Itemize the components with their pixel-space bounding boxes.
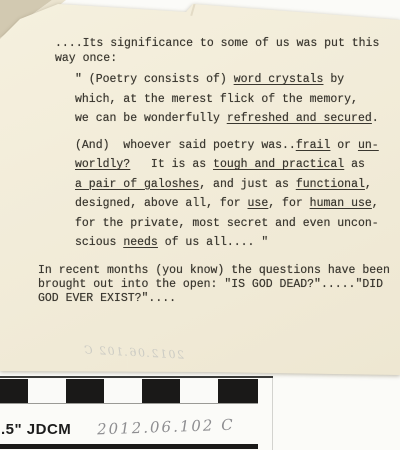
typed-line: way once: (55, 51, 379, 66)
text: by (323, 73, 344, 86)
text: In recent months (you know) the question… (38, 264, 390, 277)
typed-line: designed, above all, for use, for human … (75, 194, 379, 214)
underlined-text: needs (123, 236, 158, 249)
typed-line: (And) whoever said poetry was..frail or … (75, 136, 379, 156)
text: It is as (130, 158, 213, 171)
text: way once: (55, 52, 117, 65)
underlined-text: word crystals (234, 73, 324, 86)
underlined-text: use (248, 197, 269, 210)
text: we can be wonderfully (75, 112, 227, 125)
text: brought out into the open: "IS GOD DEAD?… (38, 278, 383, 291)
typed-line: GOD EVER EXIST?".... (38, 292, 390, 306)
typed-line: " (Poetry consists of) word crystals by (75, 70, 379, 90)
text: , (365, 178, 372, 191)
underlined-text: worldly? (75, 158, 130, 171)
text: for the private, most secret and even un… (75, 217, 379, 230)
typed-text: ....Its significance to some of us was p… (0, 0, 400, 375)
text: GOD EVER EXIST?".... (38, 292, 176, 305)
typed-line: a pair of galoshes, and just as function… (75, 175, 379, 195)
typed-line: brought out into the open: "IS GOD DEAD?… (38, 278, 390, 292)
scale-card-edge (272, 377, 273, 450)
underlined-text: frail (296, 139, 331, 152)
typed-line: In recent months (you know) the question… (38, 264, 390, 278)
text: as (344, 158, 365, 171)
underlined-text: functional (296, 178, 365, 191)
underlined-text: refreshed and secured (227, 112, 372, 125)
scale-card-bottom-rule (0, 444, 258, 449)
typed-section-closing: In recent months (you know) the question… (38, 264, 390, 305)
scale-bar-baseline (0, 403, 258, 404)
text: " (Poetry consists of) (75, 73, 234, 86)
text: designed, above all, for (75, 197, 248, 210)
underlined-text: a pair of galoshes (75, 178, 199, 191)
text: scious (75, 236, 123, 249)
text: of us all.... " (158, 236, 268, 249)
underlined-text: human use (310, 197, 372, 210)
text: which, at the merest flick of the memory… (75, 93, 358, 106)
text: , for (268, 197, 309, 210)
underlined-text: un- (358, 139, 379, 152)
scale-bar (0, 379, 258, 403)
typed-line: we can be wonderfully refreshed and secu… (75, 109, 379, 129)
typed-line: which, at the merest flick of the memory… (75, 90, 379, 110)
scale-card-top-rule (0, 376, 273, 378)
typed-section-quote: " (Poetry consists of) word crystals byw… (75, 70, 379, 253)
scale-card-label: .5" JDCM (1, 421, 71, 438)
text: (And) whoever said poetry was.. (75, 139, 296, 152)
text: . (372, 112, 379, 125)
typed-section-intro: ....Its significance to some of us was p… (55, 36, 379, 66)
typed-line: for the private, most secret and even un… (75, 214, 379, 234)
typed-line: worldly? It is as tough and practical as (75, 155, 379, 175)
text: , and just as (199, 178, 296, 191)
text: or (330, 139, 358, 152)
underlined-text: tough and practical (213, 158, 344, 171)
text: , (372, 197, 379, 210)
typed-line: scious needs of us all.... " (75, 233, 379, 253)
typed-line: ....Its significance to some of us was p… (55, 36, 379, 51)
text: ....Its significance to some of us was p… (55, 37, 379, 50)
photographed-document: ....Its significance to some of us was p… (0, 0, 400, 450)
